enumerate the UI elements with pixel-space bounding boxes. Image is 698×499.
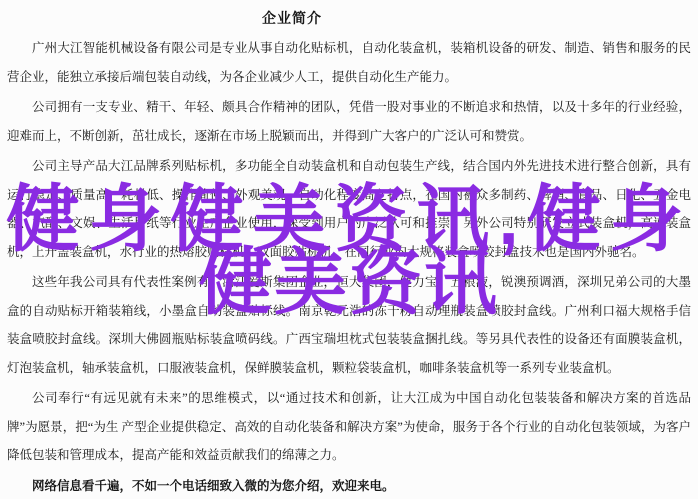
- intro-paragraph: 广州大江智能机械设备有限公司是专业从事自动化贴标机，自动化装盒机，装箱机设备的研…: [7, 34, 691, 91]
- vision-paragraph: 公司奉行“有远见就有未来”的思维模式，以“通过技术和创新，让大江成为中国自动化包…: [7, 384, 691, 470]
- team-paragraph: 公司拥有一支专业、精干、年轻、颇具合作精神的团队，凭借一股对事业的不断追求和热情…: [7, 93, 691, 150]
- contact-paragraph: 网络信息看千遍，不如一个电话细致入微的为您介绍，欢迎来电。: [7, 472, 691, 499]
- company-profile-article: 企业简介 广州大江智能机械设备有限公司是专业从事自动化贴标机，自动化装盒机，装箱…: [0, 0, 698, 499]
- page-title: 企业简介: [262, 8, 322, 28]
- products-paragraph: 公司主导产品大江品牌系列贴标机，多功能全自动装盒机和自动包装生产线，结合国内外先…: [7, 152, 691, 266]
- cases-paragraph: 这些年我公司具有代表性案例有：浙江爱斯集团企业，恒大集团，健力宝，五粮液，锐澳预…: [7, 268, 691, 382]
